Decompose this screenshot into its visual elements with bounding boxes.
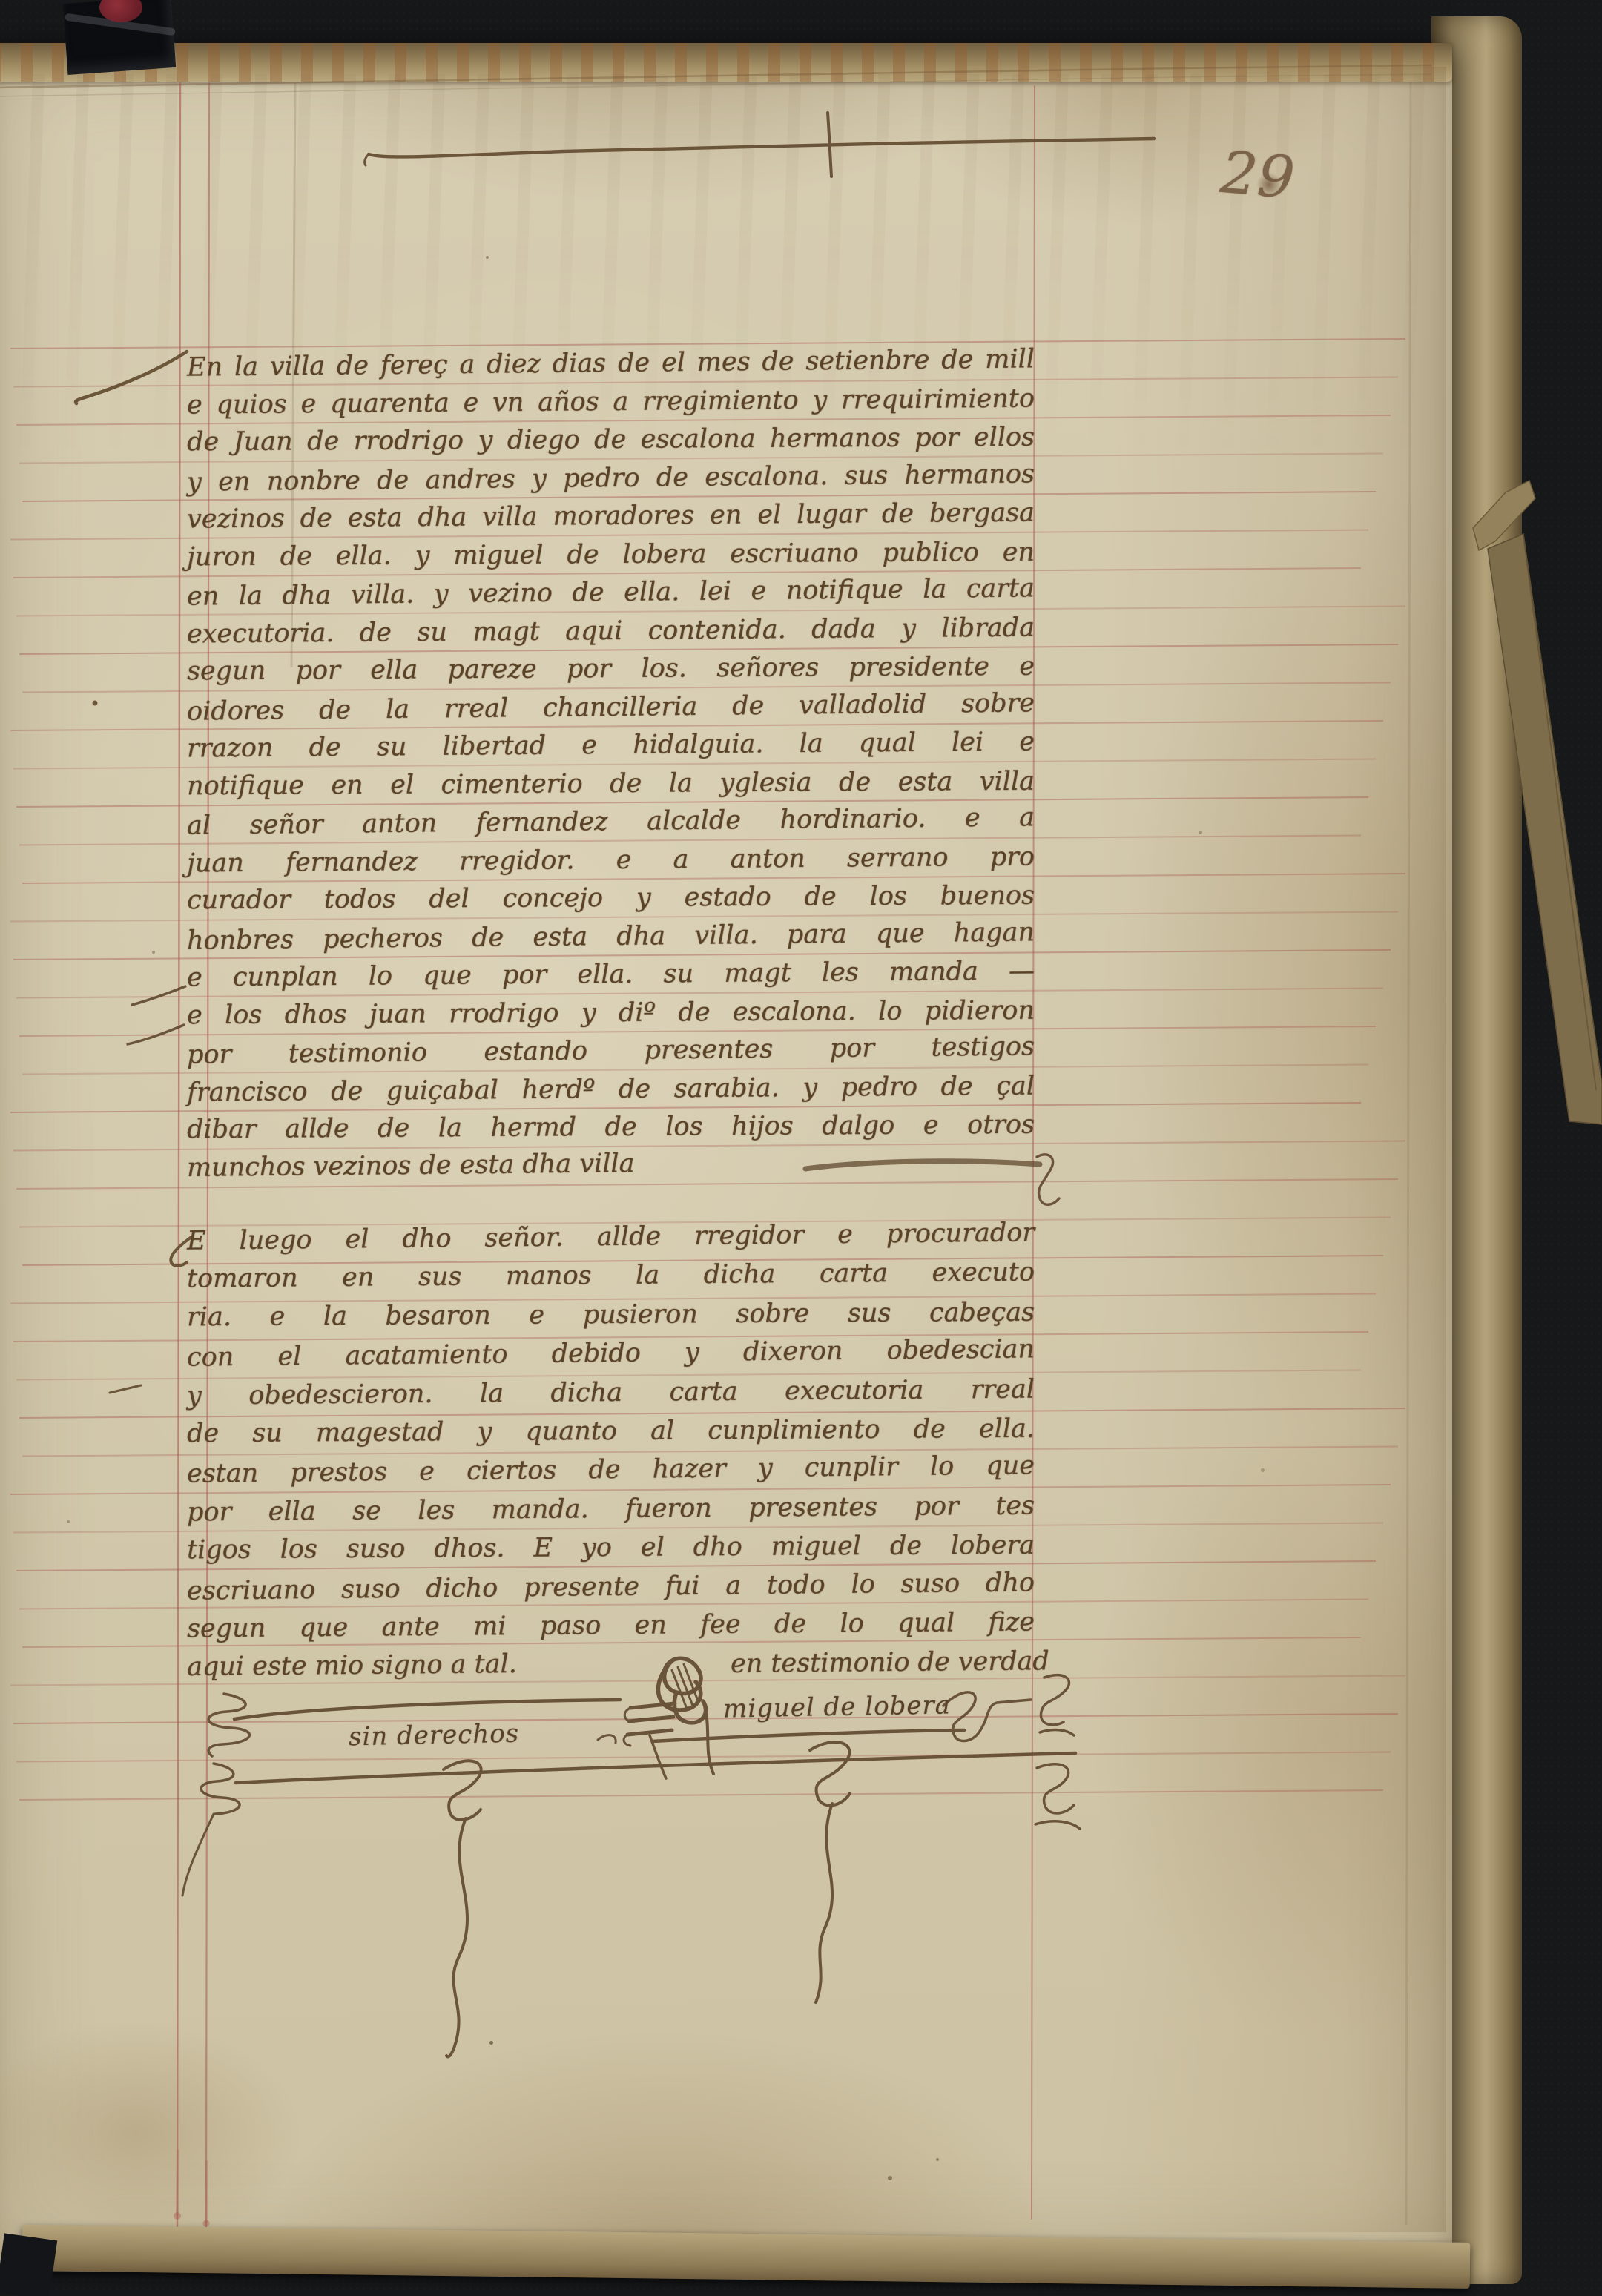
manuscript-line: e los dhos juan rrodrigo y diº de escalo… [187, 995, 1035, 1031]
fly-speck [67, 1520, 70, 1523]
manuscript-line: e quios e quarenta e vn años a rregimien… [187, 383, 1035, 420]
manuscript-line: francisco de guiçabal herdº de sarabia. … [187, 1071, 1035, 1108]
manuscript-line: curador todos del concejo y estado de lo… [187, 881, 1035, 917]
folio-ink-blot [1256, 172, 1282, 197]
manuscript-line: notifique en el cimenterio de la yglesia… [187, 766, 1035, 802]
fee-note: sin derechos [349, 1719, 520, 1752]
manuscript-line: juan fernandez rregidor. e a anton serra… [187, 842, 1035, 879]
manuscript-line: por ella se les manda. fueron presentes … [187, 1491, 1035, 1528]
manuscript-line: de Juan de rrodrigo y diego de escalona … [187, 423, 1035, 458]
backdrop-corner-notch [0, 2233, 57, 2296]
manuscript-line: de su magestad y quanto al cunplimiento … [187, 1414, 1035, 1450]
closing-line-left: aqui este mio signo a tal. [187, 1649, 517, 1683]
manuscript-line: y obedescieron. la dicha carta executori… [187, 1374, 1035, 1411]
fly-speck [489, 2041, 493, 2045]
manuscript-line: segun por ella pareze por los. señores p… [187, 652, 1035, 687]
tie-strap [0, 0, 1602, 2296]
strap-nub [1473, 481, 1535, 550]
fly-speck [152, 951, 155, 954]
fly-speck [1199, 831, 1202, 834]
manuscript-line: dibar allde de la hermd de los hijos dal… [187, 1110, 1035, 1146]
notary-signature: miguel de lobera [723, 1690, 952, 1723]
manuscript-line: ria. e la besaron e pusieron sobre sus c… [187, 1298, 1035, 1333]
closing-line-right: en testimonio de verdad [731, 1646, 1049, 1680]
fly-speck [486, 256, 489, 259]
manuscript-line: executoria. de su magt aqui contenida. d… [187, 613, 1035, 650]
manuscript-line: juron de ella. y miguel de lobera escriu… [187, 537, 1035, 573]
fly-speck [1261, 1468, 1265, 1472]
manuscript-line: munchos vezinos de esta dha villa [187, 1148, 635, 1183]
strap-tail [1488, 534, 1602, 1124]
folio-number: 29 [1218, 139, 1297, 212]
fly-speck [888, 2176, 892, 2180]
fly-speck [936, 2158, 939, 2161]
manuscript-photo: 29 En la villa de fereç a diez dias de e… [0, 0, 1602, 2296]
manuscript-line: tigos los suso dhos. E yo el dho miguel … [187, 1531, 1035, 1566]
